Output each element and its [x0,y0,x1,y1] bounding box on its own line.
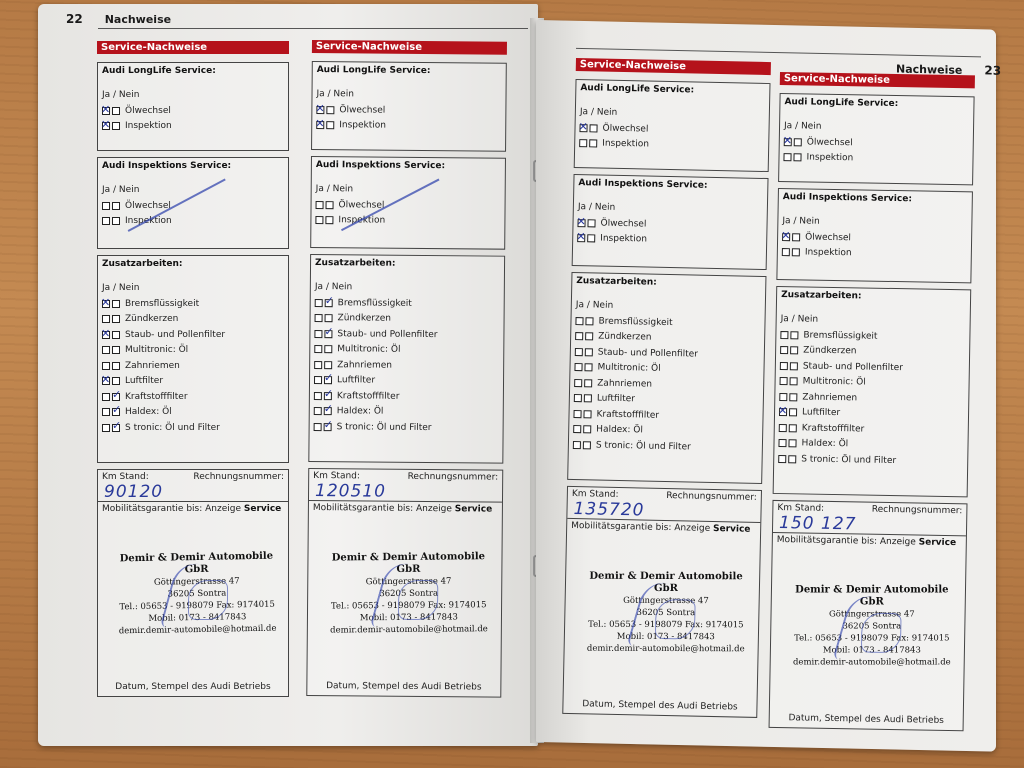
page-number: 23 [984,63,1001,77]
zusatz-item: Bremsflüssigkeit [315,295,500,312]
item-label: Luftfilter [125,376,163,386]
service-nachweise-banner: Service-Nachweise [576,58,771,75]
mobilitaet-label: Mobilitätsgarantie bis: Anzeige [102,504,241,514]
zusatz-item: Staub- und Pollenfilter [102,327,284,343]
checkbox-ja[interactable] [316,106,324,114]
item-label: Zahnriemen [597,378,652,389]
item-label: Haldex: Öl [801,439,848,450]
item-label: Haldex: Öl [337,406,384,416]
item-label: Kraftstofffilter [337,391,400,402]
checkbox-ja[interactable] [316,121,324,129]
checkbox-ja[interactable] [102,393,110,401]
ja-nein-label: Ja / Nein [781,314,966,327]
checkbox-ja[interactable] [778,455,786,463]
service-nachweise-banner: Service-Nachweise [97,41,289,54]
checkbox-nein[interactable] [589,124,597,132]
checkbox-nein[interactable] [790,346,798,354]
checkbox-ja[interactable] [102,331,110,339]
rechnungsnummer-label: Rechnungsnummer: [408,472,499,483]
item-label: Haldex: Öl [596,425,643,436]
mobilitaet-service: Service [713,524,751,535]
box-title: Zusatzarbeiten: [781,290,966,303]
rechnungsnummer-label: Rechnungsnummer: [666,491,757,503]
checkbox-ja[interactable] [784,138,792,146]
checkbox-nein[interactable] [325,299,333,307]
item-label: Multitronic: Öl [125,345,188,355]
zusatz-item: Zahnriemen [102,358,284,374]
checkbox-ja[interactable] [315,216,323,224]
zusatzarbeiten-box: Zusatzarbeiten: Ja / Nein Bremsflüssigke… [567,272,766,484]
service-record-column: Service-Nachweise Audi LongLife Service:… [306,40,507,704]
item-label: Ölwechsel [339,105,385,115]
box-title: Audi LongLife Service: [580,83,765,97]
checkbox-ja[interactable] [780,377,788,385]
checkbox-nein[interactable] [793,153,801,161]
checkbox-ja[interactable] [577,234,585,242]
item-label: S tronic: Öl und Filter [337,422,432,433]
section-title: Nachweise [105,13,171,26]
km-stand-box: Km Stand: Rechnungsnummer: 120510 Mobili… [306,468,503,698]
zusatz-item: S tronic: Öl und Filter [778,451,963,470]
box-title: Audi LongLife Service: [102,66,284,76]
zusatz-item: Bremsflüssigkeit [102,296,284,312]
checkbox-ja[interactable] [314,376,322,384]
km-stand-value[interactable]: 120510 [309,481,502,503]
checkbox-nein[interactable] [112,377,120,385]
mobilitaet-label: Mobilitätsgarantie bis: Anzeige [777,535,916,547]
checkbox-nein[interactable] [583,425,591,433]
ja-nein-label: Ja / Nein [578,202,763,216]
checkbox-ja[interactable] [579,139,587,147]
mobilitaetsgarantie-line: Mobilitätsgarantie bis: Anzeige Service [567,519,760,537]
km-row: Km Stand: Rechnungsnummer: [98,470,288,482]
checkbox-nein[interactable] [589,140,597,148]
checkbox-ja[interactable] [316,201,324,209]
checkbox-nein[interactable] [112,424,120,432]
mobilitaetsgarantie-line: Mobilitätsgarantie bis: Anzeige Service [98,502,288,516]
checkbox-nein[interactable] [584,363,592,371]
checkbox-ja[interactable] [574,363,582,371]
checkbox-ja[interactable] [780,362,788,370]
checkbox-nein[interactable] [324,423,332,431]
checkbox-nein[interactable] [112,362,120,370]
zusatzarbeiten-box: Zusatzarbeiten: Ja / Nein Bremsflüssigke… [773,286,972,497]
zusatz-item: Kraftstofffilter [314,388,499,405]
item-label: Zündkerzen [598,332,652,343]
checkbox-nein[interactable] [585,348,593,356]
checkbox-nein[interactable] [788,455,796,463]
checkbox-nein[interactable] [326,121,334,129]
inspektions-service-box: Audi Inspektions Service: Ja / Nein Ölwe… [572,174,769,270]
checkbox-nein[interactable] [585,333,593,341]
checkbox-nein[interactable] [324,376,332,384]
item-label: Kraftstofffilter [596,409,659,420]
checkbox-ja[interactable] [778,439,786,447]
zusatz-item: S tronic: Öl und Filter [573,437,758,456]
left-page-header: 22 Nachweise [66,12,171,26]
mobilitaet-service: Service [919,537,957,548]
checkbox-ja[interactable] [780,346,788,354]
mobilitaet-label: Mobilitätsgarantie bis: Anzeige [571,521,710,534]
ja-nein-label: Ja / Nein [316,89,501,101]
checkbox-nein[interactable] [112,122,120,130]
checkbox-nein[interactable] [789,393,797,401]
checkbox-nein[interactable] [789,408,797,416]
ja-nein-label: Ja / Nein [102,90,284,100]
signature-scribble [398,580,438,620]
mobilitaet-label: Mobilitätsgarantie bis: Anzeige [313,503,452,514]
item-label: Staub- und Pollenfilter [337,329,437,340]
checkbox-row-oelwechsel: Ölwechsel [315,197,500,214]
checkbox-nein[interactable] [790,362,798,370]
service-nachweise-banner: Service-Nachweise [780,72,975,88]
item-label: Ölwechsel [125,106,171,116]
checkbox-ja[interactable] [780,331,788,339]
mobilitaet-service: Service [244,504,281,514]
km-stand-box: Km Stand: Rechnungsnummer: 135720 Mobili… [562,486,762,718]
checkbox-ja[interactable] [574,379,582,387]
item-label: Haldex: Öl [125,407,172,417]
item-label: Inspektion [600,234,647,245]
ja-nein-label: Ja / Nein [315,282,500,294]
checkbox-nein[interactable] [792,233,800,241]
checkbox-row-inspektion: Inspektion [102,214,284,230]
zusatz-item: Kraftstofffilter [102,389,284,405]
checkbox-ja[interactable] [577,219,585,227]
longlife-service-box: Audi LongLife Service: Ja / Nein Ölwechs… [574,79,771,172]
datum-stempel-label: Datum, Stempel des Audi Betriebs [307,681,500,693]
service-record-column: Service-Nachweise Audi LongLife Service:… [768,72,975,737]
checkbox-nein[interactable] [324,345,332,353]
checkbox-ja[interactable] [573,441,581,449]
checkbox-ja[interactable] [315,299,323,307]
rechnungsnummer-label: Rechnungsnummer: [193,472,284,482]
item-label: Staub- und Pollenfilter [598,347,698,359]
ja-nein-label: Ja / Nein [784,121,969,134]
checkbox-nein[interactable] [112,346,120,354]
item-label: Kraftstofffilter [802,423,865,434]
box-title: Zusatzarbeiten: [315,258,500,270]
box-title: Audi Inspektions Service: [102,161,284,171]
box-title: Audi LongLife Service: [317,65,502,77]
longlife-service-box: Audi LongLife Service: Ja / Nein Ölwechs… [97,62,289,151]
zusatzarbeiten-box: Zusatzarbeiten: Ja / Nein Bremsflüssigke… [97,255,289,463]
checkbox-row-inspektion: Inspektion [316,118,501,135]
zusatz-item: Staub- und Pollenfilter [314,326,499,343]
page-number: 22 [66,12,83,26]
item-label: Inspektion [602,139,649,150]
box-title: Audi Inspektions Service: [316,160,501,172]
item-label: Ölwechsel [602,123,648,134]
checkbox-row-inspektion: Inspektion [783,150,968,169]
ja-nein-label: Ja / Nein [576,300,761,314]
service-record-column: Service-Nachweise Audi LongLife Service:… [97,41,289,703]
item-label: Zündkerzen [125,314,178,324]
checkbox-ja[interactable] [314,345,322,353]
datum-stempel-label: Datum, Stempel des Audi Betriebs [98,682,288,692]
checkbox-ja[interactable] [102,408,110,416]
checkbox-ja[interactable] [315,314,323,322]
zusatz-item: Zündkerzen [315,311,500,328]
checkbox-ja[interactable] [779,408,787,416]
checkbox-nein[interactable] [583,441,591,449]
item-label: Kraftstofffilter [125,392,188,402]
ja-nein-label: Ja / Nein [782,216,967,229]
checkbox-ja[interactable] [779,424,787,432]
item-label: Multitronic: Öl [337,344,400,355]
ja-nein-label: Ja / Nein [102,283,284,293]
checkbox-nein[interactable] [326,106,334,114]
checkbox-nein[interactable] [112,217,120,225]
checkbox-row-inspektion: Inspektion [577,231,762,250]
rechnungsnummer-label: Rechnungsnummer: [872,505,963,517]
km-stand-value[interactable]: 90120 [98,482,288,502]
zusatz-list: BremsflüssigkeitZündkerzenStaub- und Pol… [102,296,284,436]
checkbox-nein[interactable] [324,361,332,369]
checkbox-nein[interactable] [112,202,120,210]
checkbox-ja[interactable] [783,153,791,161]
item-label: Ölwechsel [600,218,646,229]
km-stand-value[interactable]: 150 127 [773,513,966,536]
checkbox-ja[interactable] [102,107,110,115]
ja-nein-label: Ja / Nein [102,185,284,195]
km-stand-box: Km Stand: Rechnungsnummer: 150 127 Mobil… [769,500,968,731]
zusatz-list: BremsflüssigkeitZündkerzenStaub- und Pol… [314,295,500,436]
item-label: Zündkerzen [803,346,857,357]
item-label: Inspektion [339,120,386,130]
km-stand-value[interactable]: 135720 [567,499,760,523]
item-label: Zündkerzen [338,313,391,323]
checkbox-nein[interactable] [326,201,334,209]
signature-scribble [188,580,228,620]
box-title: Zusatzarbeiten: [102,259,284,269]
checkbox-ja[interactable] [314,330,322,338]
item-label: Luftfilter [337,375,375,385]
datum-stempel-label: Datum, Stempel des Audi Betriebs [563,699,756,713]
zusatz-item: Haldex: Öl [102,405,284,421]
zusatz-item: Multitronic: Öl [102,343,284,359]
datum-stempel-label: Datum, Stempel des Audi Betriebs [770,713,963,726]
checkbox-nein[interactable] [112,107,120,115]
inspektions-service-box: Audi Inspektions Service: Ja / Nein Ölwe… [310,156,506,250]
item-label: Ölwechsel [807,137,853,148]
checkbox-nein[interactable] [788,439,796,447]
checkbox-ja[interactable] [573,425,581,433]
checkbox-ja[interactable] [102,377,110,385]
checkbox-ja[interactable] [779,393,787,401]
checkbox-row-inspektion: Inspektion [102,119,284,135]
checkbox-nein[interactable] [112,408,120,416]
item-label: Inspektion [806,153,853,164]
mobilitaetsgarantie-line: Mobilitätsgarantie bis: Anzeige Service [773,533,966,550]
checkbox-ja[interactable] [573,410,581,418]
inspektions-service-box: Audi Inspektions Service: Ja / Nein Ölwe… [97,157,289,249]
checkbox-nein[interactable] [112,300,120,308]
ja-nein-label: Ja / Nein [580,107,765,121]
checkbox-ja[interactable] [574,394,582,402]
item-label: Luftfilter [802,408,840,419]
item-label: S tronic: Öl und Filter [801,454,896,466]
checkbox-nein[interactable] [790,377,798,385]
checkbox-nein[interactable] [792,248,800,256]
checkbox-ja[interactable] [314,361,322,369]
box-title: Audi Inspektions Service: [578,178,763,192]
checkbox-ja[interactable] [102,424,110,432]
item-label: Zahnriemen [337,360,392,370]
item-label: Zahnriemen [125,361,180,371]
item-label: Ölwechsel [805,232,851,243]
longlife-service-box: Audi LongLife Service: Ja / Nein Ölwechs… [311,61,507,152]
box-title: Audi Inspektions Service: [783,192,968,205]
checkbox-nein[interactable] [112,315,120,323]
item-label: Staub- und Pollenfilter [803,361,903,373]
zusatz-item: Luftfilter [314,373,499,390]
checkbox-ja[interactable] [782,248,790,256]
zusatz-item: Luftfilter [102,374,284,390]
km-stand-box: Km Stand: Rechnungsnummer: 90120 Mobilit… [97,469,289,697]
item-label: Inspektion [125,121,172,131]
checkbox-nein[interactable] [325,216,333,224]
checkbox-nein[interactable] [584,394,592,402]
checkbox-ja[interactable] [782,233,790,241]
km-stand-label: Km Stand: [313,471,360,481]
checkbox-ja[interactable] [102,217,110,225]
zusatz-item: Haldex: Öl [314,404,499,421]
checkbox-nein[interactable] [112,393,120,401]
checkbox-nein[interactable] [112,331,120,339]
checkbox-ja[interactable] [102,346,110,354]
checkbox-nein[interactable] [583,410,591,418]
zusatz-list: BremsflüssigkeitZündkerzenStaub- und Pol… [778,327,965,470]
checkbox-nein[interactable] [790,331,798,339]
item-label: S tronic: Öl und Filter [596,440,691,452]
checkbox-nein[interactable] [587,219,595,227]
item-label: Bremsflüssigkeit [803,330,877,341]
checkbox-nein[interactable] [585,317,593,325]
item-label: Multitronic: Öl [803,377,866,388]
checkbox-nein[interactable] [325,314,333,322]
checkbox-ja[interactable] [102,122,110,130]
checkbox-ja[interactable] [102,300,110,308]
box-title: Audi LongLife Service: [784,97,969,110]
checkbox-row-oelwechsel: Ölwechsel [102,198,284,214]
checkbox-nein[interactable] [789,424,797,432]
checkbox-nein[interactable] [324,407,332,415]
item-label: Bremsflüssigkeit [598,316,672,328]
item-label: Multitronic: Öl [597,363,660,374]
checkbox-nein[interactable] [587,235,595,243]
zusatz-list: BremsflüssigkeitZündkerzenStaub- und Pol… [573,313,761,456]
item-label: Bremsflüssigkeit [125,299,199,309]
box-title: Zusatzarbeiten: [576,276,761,290]
checkbox-ja[interactable] [575,332,583,340]
header-rule [576,48,981,57]
zusatz-item: S tronic: Öl und Filter [314,419,499,436]
checkbox-ja[interactable] [314,407,322,415]
checkbox-row-oelwechsel: Ölwechsel [316,102,501,119]
zusatz-item: Zahnriemen [314,357,499,374]
item-label: Staub- und Pollenfilter [125,330,225,340]
item-label: Luftfilter [597,394,635,405]
km-stand-label: Km Stand: [102,472,149,482]
checkbox-ja[interactable] [314,392,322,400]
checkbox-ja[interactable] [314,423,322,431]
checkbox-ja[interactable] [575,348,583,356]
checkbox-nein[interactable] [794,138,802,146]
checkbox-row-inspektion: Inspektion [579,136,764,155]
service-nachweise-banner: Service-Nachweise [312,40,507,55]
zusatz-item: S tronic: Öl und Filter [102,420,284,436]
checkbox-row-inspektion: Inspektion [782,245,967,264]
checkbox-nein[interactable] [324,392,332,400]
item-label: Bremsflüssigkeit [338,298,412,309]
checkbox-nein[interactable] [584,379,592,387]
zusatzarbeiten-box: Zusatzarbeiten: Ja / Nein Bremsflüssigke… [308,254,505,464]
checkbox-ja[interactable] [579,124,587,132]
zusatz-item: Multitronic: Öl [314,342,499,359]
service-record-column: Service-Nachweise Audi LongLife Service:… [562,58,771,724]
checkbox-ja[interactable] [575,317,583,325]
item-label: S tronic: Öl und Filter [125,423,220,433]
item-label: Inspektion [805,248,852,259]
longlife-service-box: Audi LongLife Service: Ja / Nein Ölwechs… [778,93,975,185]
mobilitaetsgarantie-line: Mobilitätsgarantie bis: Anzeige Service [309,501,502,517]
item-label: Zahnriemen [802,392,857,403]
mobilitaet-service: Service [455,504,493,514]
checkbox-nein[interactable] [324,330,332,338]
checkbox-ja[interactable] [102,315,110,323]
checkbox-row-oelwechsel: Ölwechsel [102,103,284,119]
checkbox-ja[interactable] [102,362,110,370]
checkbox-ja[interactable] [102,202,110,210]
inspektions-service-box: Audi Inspektions Service: Ja / Nein Ölwe… [776,188,973,283]
zusatz-item: Zündkerzen [102,312,284,328]
header-rule [98,28,528,29]
